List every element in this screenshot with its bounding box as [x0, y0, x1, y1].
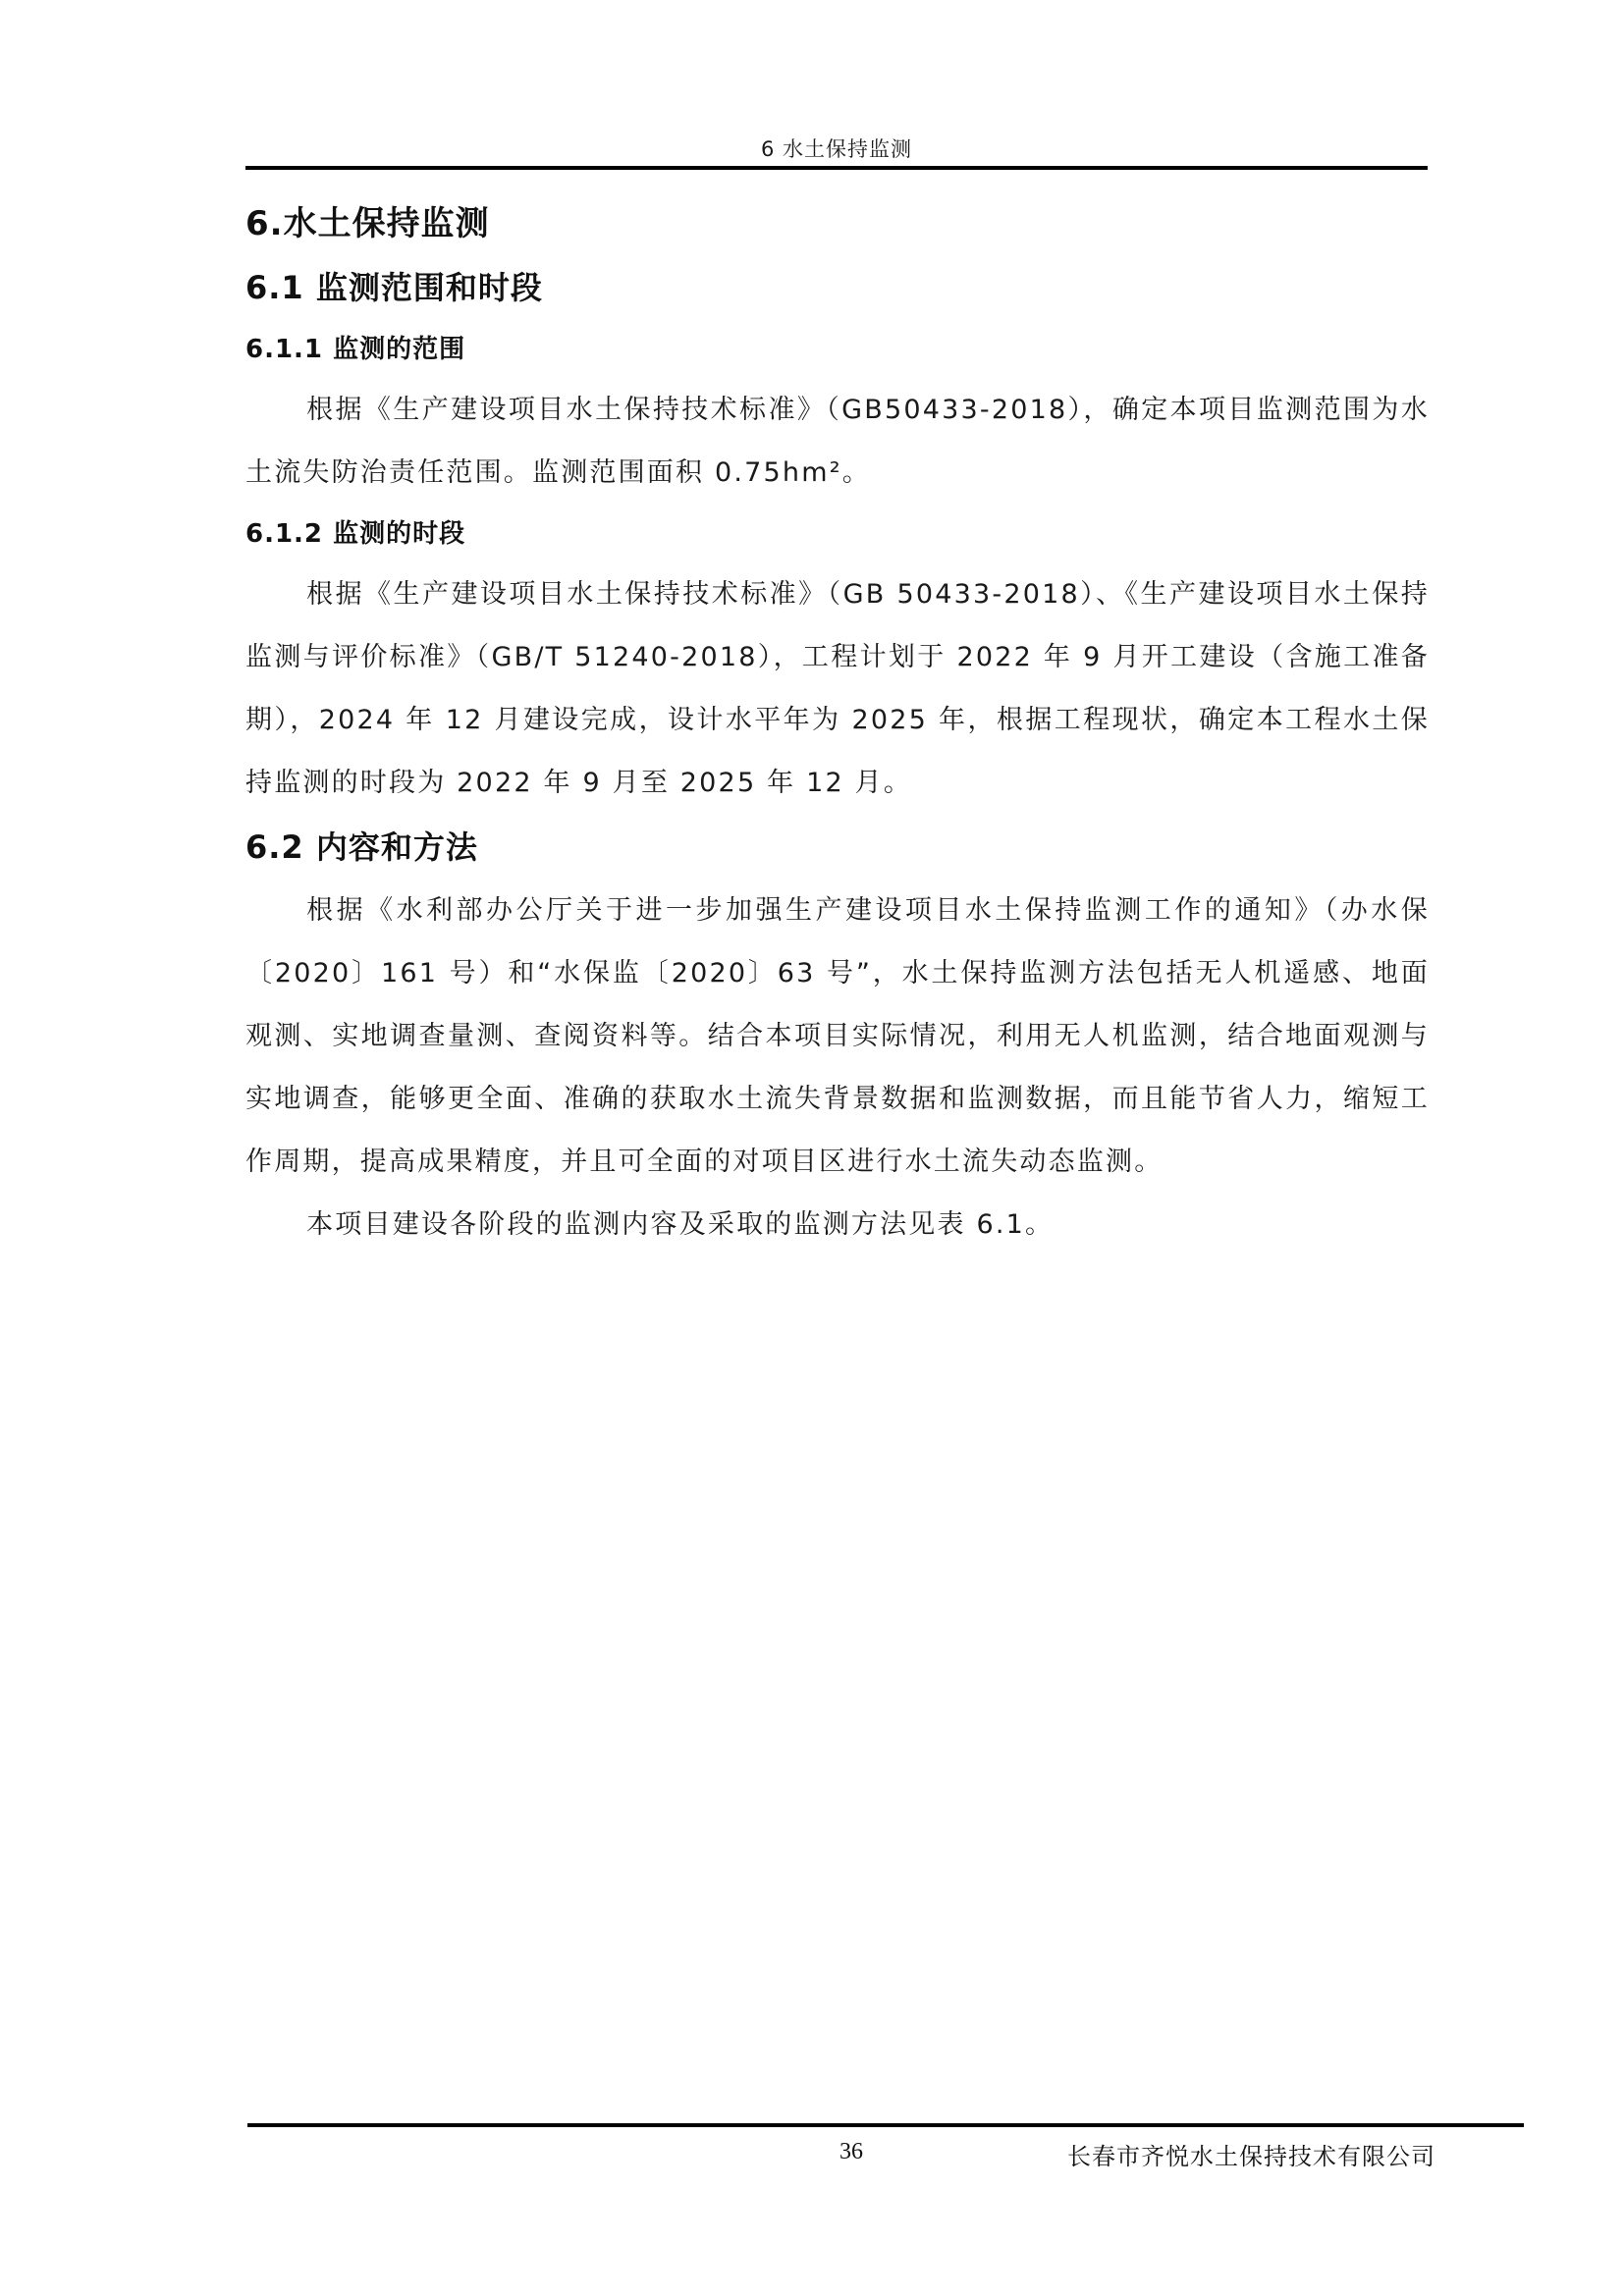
- footer-rule: [247, 2123, 1524, 2127]
- header-rule: [245, 166, 1428, 170]
- section-6-1-2-paragraph: 根据《生产建设项目水土保持技术标准》（GB 50433-2018）、《生产建设项…: [245, 563, 1430, 815]
- chapter-title: 6.水土保持监测: [245, 192, 1430, 255]
- section-6-1-title: 6.1 监测范围和时段: [245, 255, 1430, 320]
- section-6-1-1-title: 6.1.1 监测的范围: [245, 320, 1430, 379]
- page-header: 6 水土保持监测: [245, 128, 1428, 169]
- section-6-2-paragraph-1: 根据《水利部办公厅关于进一步加强生产建设项目水土保持监测工作的通知》（办水保〔2…: [245, 880, 1430, 1194]
- section-6-1-1-paragraph: 根据《生产建设项目水土保持技术标准》（GB50433-2018），确定本项目监测…: [245, 379, 1430, 505]
- running-header-title: 6 水土保持监测: [245, 133, 1428, 163]
- page-footer: 36 长春市齐悦水土保持技术有限公司: [247, 2123, 1524, 2182]
- footer-company-name: 长春市齐悦水土保持技术有限公司: [1067, 2137, 1435, 2171]
- section-6-1-2-title: 6.1.2 监测的时段: [245, 505, 1430, 563]
- page-content: 6.水土保持监测 6.1 监测范围和时段 6.1.1 监测的范围 根据《生产建设…: [245, 192, 1430, 1256]
- section-6-2-paragraph-2: 本项目建设各阶段的监测内容及采取的监测方法见表 6.1。: [245, 1194, 1430, 1256]
- page-number: 36: [839, 2139, 863, 2165]
- section-6-2-title: 6.2 内容和方法: [245, 815, 1430, 880]
